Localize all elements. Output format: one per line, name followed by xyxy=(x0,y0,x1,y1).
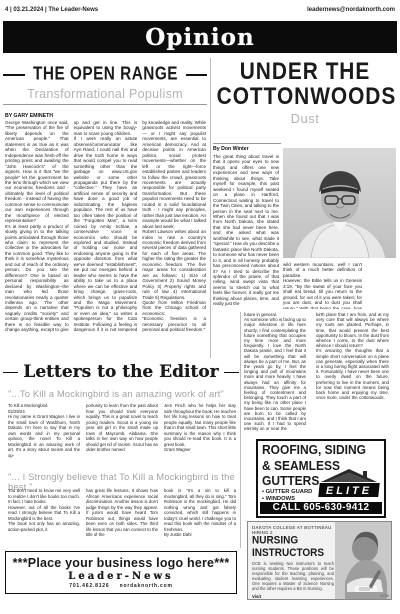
roofing-ad-phone: CALL 605-630-9412 xyxy=(260,502,382,514)
letter1-columns: To Kill a Mockingbird 02/29/24 Hi my nam… xyxy=(8,403,236,462)
open-range-subtitle: Transformational Populism xyxy=(3,87,207,101)
dcb-logo: DCB xyxy=(380,593,389,598)
letter2-columns: You don't need to know me very well to r… xyxy=(8,488,236,548)
student-writing-photo xyxy=(335,522,391,599)
business-logo-ad: ***Place your business logo here*** Lead… xyxy=(5,551,237,594)
cottonwoods-title-line1: UNDER THE xyxy=(217,57,394,85)
nursing-ad-photo xyxy=(335,522,391,599)
letter2-column-3: book is "It's a sin to kill a mockingbir… xyxy=(164,488,236,548)
column-divider-bottom xyxy=(240,312,241,548)
open-range-title-row: THE OPEN RANGE xyxy=(3,66,207,84)
letters-rule-right xyxy=(224,372,239,373)
folio-bar: 4 | 03.21.2024 | The Leader-News leadern… xyxy=(5,7,395,13)
cottonwoods-column-1: The great thing about travel is that it … xyxy=(213,154,279,308)
folio-email: leadernews@nordaknorth.com xyxy=(307,7,395,13)
letter1-pull-quote: "...To Kill a Mockingbird is an amazing … xyxy=(8,389,236,399)
open-range-body: George Washington once said, "The preser… xyxy=(5,120,206,358)
don-winter-photo xyxy=(283,148,396,258)
business-logo-ad-contact: 701.462.8126 nordaknorth.com xyxy=(6,583,236,589)
svg-text:ELITE: ELITE xyxy=(326,485,372,497)
nursing-ad-link: Visit www.dakotacollege.edu/employment xyxy=(252,594,334,600)
letter1-column-1: To Kill a Mockingbird 02/29/24 Hi my nam… xyxy=(8,403,80,462)
cottonwoods-column-2: wild western mountains, well I can't thi… xyxy=(283,262,362,309)
headline-rule-left xyxy=(3,74,25,77)
elite-roof-icon: ELITE xyxy=(317,466,381,500)
open-range-divider xyxy=(3,104,207,105)
letter2-column-2: has great life lessons. It shows how Afr… xyxy=(86,488,158,548)
folio-left: 4 | 03.21.2024 | The Leader-News xyxy=(5,7,98,13)
nursing-ad: DAKOTA COLLEGE AT BOTTINEAU HIRING 2 NUR… xyxy=(247,521,392,600)
letter2-column-1: You don't need to know me very well to r… xyxy=(8,488,80,548)
nursing-ad-text: DAKOTA COLLEGE AT BOTTINEAU HIRING 2 NUR… xyxy=(252,525,334,600)
cottonwoods-byline: By Don Winter xyxy=(213,146,249,152)
nursing-ad-title: NURSING INSTRUCTORS xyxy=(252,535,334,559)
leader-news-logotype: Leader-News xyxy=(6,571,236,582)
cottonwoods-byline-rule xyxy=(213,143,281,144)
open-range-header: THE OPEN RANGE Transformational Populism xyxy=(3,66,207,105)
roofing-ad-title-line1: ROOFING, SIDING xyxy=(262,444,384,457)
nursing-ad-header: DAKOTA COLLEGE AT BOTTINEAU HIRING 2 xyxy=(252,525,334,535)
newspaper-opinion-page: 4 | 03.21.2024 | The Leader-News leadern… xyxy=(0,0,400,614)
headline-rule-right xyxy=(186,74,208,77)
letters-rule-left xyxy=(3,372,18,373)
cottonwoods-column-4: birth place that I am from, and at my ve… xyxy=(316,312,389,436)
don-winter-photo-graphic xyxy=(283,148,396,258)
letter1-column-2: portunity to learn from the past about h… xyxy=(86,403,158,462)
letters-title-row: Letters to the Editor xyxy=(3,362,239,382)
cottonwoods-title-line2: COTTONWOODS xyxy=(217,82,394,110)
nursing-ad-body: DCB is seeking two instructors to teach … xyxy=(252,561,334,591)
open-range-byline: BY GARY EMINETH xyxy=(5,113,53,119)
opinion-banner: Opinion xyxy=(3,21,397,53)
cottonwoods-subtitle: Dust xyxy=(212,111,398,126)
letters-title: Letters to the Editor xyxy=(23,362,218,382)
letter1-column-3: Jem Finch who he helps her stay safe thr… xyxy=(164,403,236,462)
elite-logo: ELITE xyxy=(317,466,381,500)
column-divider-top xyxy=(210,58,211,358)
cottonwoods-header: UNDER THE COTTONWOODS Dust xyxy=(212,58,398,126)
business-logo-ad-headline: ***Place your business logo here*** xyxy=(6,556,236,570)
open-range-title: THE OPEN RANGE xyxy=(33,65,178,86)
letters-header: Letters to the Editor xyxy=(3,362,239,382)
opinion-banner-title: Opinion xyxy=(145,24,254,51)
cottonwoods-column-3: future in general. As someone who is fac… xyxy=(244,312,306,436)
roofing-ad: ROOFING, SIDING & SEAMLESS GUTTERS GUTTE… xyxy=(256,439,386,518)
